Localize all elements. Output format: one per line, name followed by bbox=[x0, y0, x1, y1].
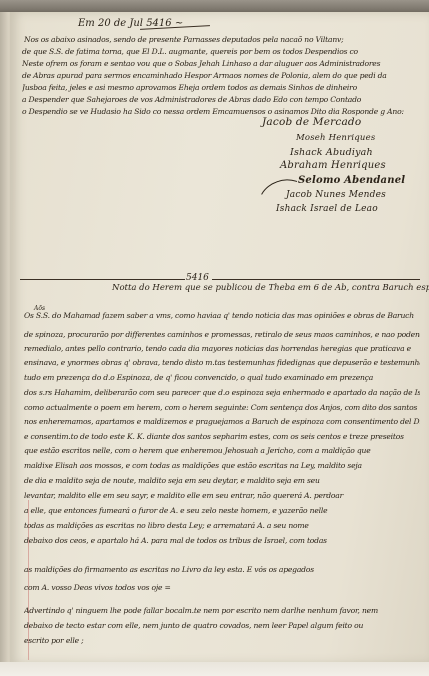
text-line: todas as maldições as escritas no libro … bbox=[24, 522, 420, 530]
signature: Ishack Abudiyah bbox=[290, 147, 373, 158]
signature: Moseh Henriques bbox=[296, 133, 375, 143]
section-divider-right bbox=[212, 279, 420, 280]
text-line: debaixo de tecto estar com elle, nem jun… bbox=[24, 622, 420, 630]
text-line: a elle, que entonces fumeará o furor de … bbox=[24, 507, 420, 515]
text-line: e consentim.to de todo este K. K. diante… bbox=[24, 433, 420, 441]
text-line: Jusboa feita, jeles e asi mesmo aprovamo… bbox=[22, 84, 424, 92]
signature: Selomo Abendanel bbox=[298, 175, 405, 186]
text-line: maldixe Elisah aos mossos, e com todas a… bbox=[24, 462, 420, 470]
page-bottom-strip bbox=[0, 662, 429, 676]
text-line: de Abras apurad para sermos encaminhado … bbox=[22, 72, 424, 80]
signature: Abraham Henriques bbox=[280, 160, 386, 171]
text-line: escrito por elle ; bbox=[24, 637, 224, 645]
text-line: nos enheremamos, apartamos e maldizemos … bbox=[24, 418, 420, 426]
text-line: Os S.S. do Mahamad fazem saber a vms, co… bbox=[24, 312, 420, 320]
text-line: de que S.S. de fatima torna, que El D.L.… bbox=[22, 48, 424, 56]
text-line: Nos os abaixo asinados, sendo de present… bbox=[24, 36, 424, 44]
entry-title: Notta do Herem que se publicou de Theba … bbox=[112, 283, 429, 293]
text-line: dos s.rs Hahamim, deliberarão com seu pa… bbox=[24, 389, 420, 397]
signature: Jacob de Mercado bbox=[262, 116, 361, 128]
text-line: ensinava, e ynormes obras q' obrava, ten… bbox=[24, 359, 420, 367]
text-line: com A. vosso Deos vivos todos vos oje = bbox=[24, 584, 224, 592]
text-line: as maldições do firmamento as escritas n… bbox=[24, 566, 420, 574]
text-line: que estão escritos nelle, com o herem qu… bbox=[24, 447, 420, 455]
text-line: o Despendio se ve Hudasio ha Sido co nes… bbox=[22, 108, 424, 116]
text-line: como actualmente o poem em herem, com o … bbox=[24, 404, 420, 412]
text-line: de dia e maldito seja de noute, maldito … bbox=[24, 477, 420, 485]
text-line: levantar, maldito elle em seu sayr, e ma… bbox=[24, 492, 420, 500]
text-line: Advertindo q' ninguem lhe pode fallar bo… bbox=[24, 607, 420, 615]
margin-note: Aõs bbox=[34, 305, 45, 312]
text-line: remedialo, antes pello contrario, tendo … bbox=[24, 345, 420, 353]
text-line: a Despender que Sahejaroes de vos Admini… bbox=[22, 96, 424, 104]
section-divider-left bbox=[20, 279, 185, 280]
text-line: debaixo dos ceos, e apartalo há A. para … bbox=[24, 537, 420, 545]
entry-number: 5416 bbox=[186, 273, 209, 283]
text-line: de spinoza, procurarão por differentes c… bbox=[24, 331, 420, 339]
text-line: Neste ofrem os foram e sentao vou que o … bbox=[22, 60, 424, 68]
text-line: tudo em prezença do d.o Espinoza, de q' … bbox=[24, 374, 420, 382]
